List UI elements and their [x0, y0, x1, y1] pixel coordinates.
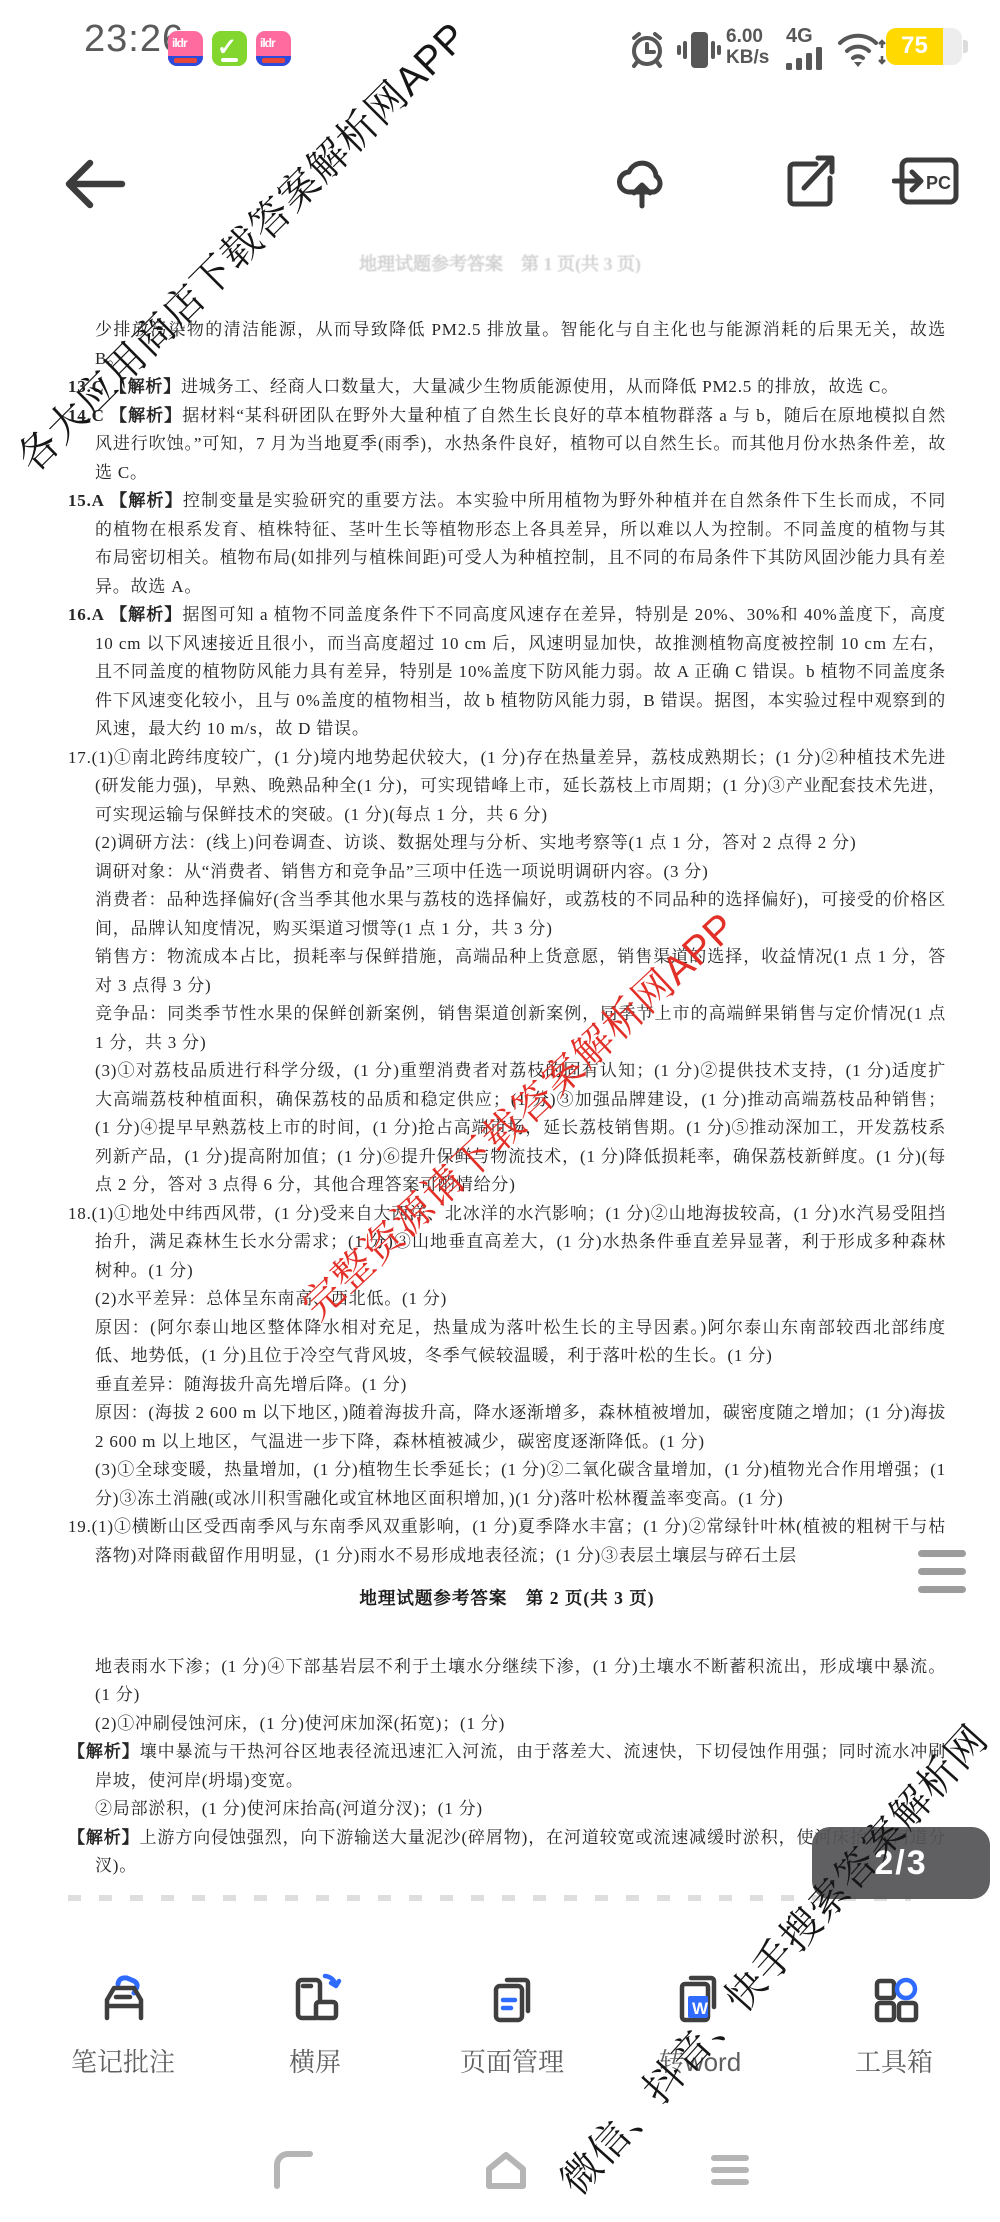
- share-button[interactable]: [780, 150, 838, 215]
- rotate-landscape-button[interactable]: 横屏: [235, 1970, 395, 2079]
- upload-button[interactable]: [612, 150, 672, 217]
- answer-paragraph: 调研对象：从“消费者、销售方和竞争品”三项中任选一项说明调研内容。(3 分): [95, 858, 946, 887]
- notes-annotate-button[interactable]: 笔记批注: [43, 1970, 203, 2079]
- answer-paragraph: 16.A 【解析】据图可知 a 植物不同盖度条件下不同高度风速存在差异，特别是 …: [68, 601, 946, 744]
- cloud-upload-icon: [612, 150, 672, 212]
- battery-percent: 75: [886, 32, 943, 60]
- answer-paragraph: 竞争品：同类季节性水果的保鲜创新案例，销售渠道创新案例，同季节上市的高端鲜果销售…: [95, 1000, 946, 1057]
- nav-home-button[interactable]: [478, 2142, 534, 2203]
- notification-check-icon: ✓: [212, 31, 247, 66]
- answer-paragraph: 少排放污染物的清洁能源，从而导致降低 PM2.5 排放量。智能化与自主化也与能源…: [95, 316, 946, 373]
- toolbar-label: 转word: [659, 2042, 741, 2079]
- page-manage-icon: [483, 1970, 541, 2028]
- answer-paragraph: (2)水平差异：总体呈东南高、西北低。(1 分): [95, 1285, 946, 1314]
- cutoff-text-line: [68, 1895, 911, 1901]
- page-number-badge: 2/3: [812, 1827, 990, 1899]
- wifi-icon: [836, 30, 888, 75]
- network-speed: 6.00 KB/s: [726, 26, 769, 68]
- answer-paragraph: 原因：(海拔 2 600 m 以下地区，)随着海拔升高，降水逐渐增多，森林植被增…: [95, 1399, 946, 1456]
- toolbox-icon: [865, 1970, 923, 2028]
- answer-paragraph: 17.(1)①南北跨纬度较广，(1 分)境内地势起伏较大，(1 分)存在热量差异…: [68, 744, 946, 830]
- toolbox-button[interactable]: 工具箱: [814, 1970, 974, 2079]
- back-button[interactable]: [58, 148, 130, 225]
- answer-paragraph: (2)①冲刷侵蚀河床，(1 分)使河床加深(拓宽)；(1 分): [95, 1710, 946, 1739]
- notification-app-icon: ildr: [168, 31, 203, 66]
- page-1-footer-faint: 地理试题参考答案 第 1 页(共 3 页): [0, 250, 1000, 276]
- page-manage-button[interactable]: 页面管理: [432, 1970, 592, 2079]
- toolbar-label: 笔记批注: [71, 2042, 175, 2079]
- app-screen: 23:26 ildr ✓ ildr: [0, 0, 1000, 2222]
- send-to-pc-button[interactable]: PC: [892, 152, 962, 215]
- to-pc-icon: PC: [892, 152, 962, 210]
- answer-paragraph: ②局部淤积，(1 分)使河床抬高(河道分汊)；(1 分): [95, 1795, 946, 1824]
- svg-text:PC: PC: [926, 173, 951, 193]
- answer-paragraph: 13.C 【解析】进城务工、经商人口数量大，大量减少生物质能源使用，从而降低 P…: [68, 373, 946, 402]
- to-word-icon: W: [671, 1970, 729, 2028]
- to-word-button[interactable]: W 转word: [620, 1970, 780, 2079]
- nav-menu-button[interactable]: [702, 2142, 758, 2203]
- notification-app-icon: ildr: [256, 31, 291, 66]
- bottom-toolbar: 笔记批注 横屏 页面管理 W: [0, 1958, 1000, 2108]
- toolbar-label: 工具箱: [855, 2042, 933, 2079]
- system-nav-bar: [0, 2128, 1000, 2222]
- answer-paragraph: 原因：(阿尔泰山地区整体降水相对充足，热量成为落叶松生长的主导因素。)阿尔泰山东…: [95, 1314, 946, 1371]
- answer-paragraph: 垂直差异：随海拔升高先增后降。(1 分): [95, 1371, 946, 1400]
- back-arrow-icon: [58, 148, 130, 220]
- answer-paragraph: 19.(1)①横断山区受西南季风与东南季风双重影响，(1 分)夏季降水丰富；(1…: [68, 1513, 946, 1570]
- nav-menu-icon: [702, 2142, 758, 2198]
- answer-paragraph: 14.C 【解析】据材料“某科研团队在野外大量种植了自然生长良好的草本植物群落 …: [68, 402, 946, 488]
- answer-paragraph: 15.A 【解析】控制变量是实验研究的重要方法。本实验中所用植物为野外种植并在自…: [68, 487, 946, 601]
- document-content: 少排放污染物的清洁能源，从而导致降低 PM2.5 排放量。智能化与自主化也与能源…: [68, 316, 946, 1901]
- top-toolbar: PC: [0, 130, 1000, 240]
- rotate-landscape-icon: [286, 1970, 344, 2028]
- answer-paragraph: 销售方：物流成本占比，损耗率与保鲜措施，高端品种上货意愿，销售渠道的选择，收益情…: [95, 943, 946, 1000]
- vibrate-icon: [676, 28, 722, 77]
- battery-indicator: 75: [886, 28, 962, 65]
- nav-back-icon: [264, 2142, 320, 2198]
- status-bar: 23:26 ildr ✓ ildr: [0, 0, 1000, 78]
- signal-bars-icon: [786, 46, 830, 70]
- answer-paragraph: 18.(1)①地处中纬西风带，(1 分)受来自大西洋、北冰洋的水汽影响；(1 分…: [68, 1200, 946, 1286]
- nav-back-button[interactable]: [264, 2142, 320, 2203]
- toolbar-label: 横屏: [289, 2042, 341, 2079]
- note-annotate-icon: [94, 1970, 152, 2028]
- toolbar-label: 页面管理: [460, 2042, 564, 2079]
- answer-paragraph: 消费者：品种选择偏好(含当季其他水果与荔枝的选择偏好，或荔枝的不同品种的选择偏好…: [95, 886, 946, 943]
- answer-paragraph: (3)①全球变暖，热量增加，(1 分)植物生长季延长；(1 分)②二氧化碳含量增…: [95, 1456, 946, 1513]
- nav-home-icon: [478, 2142, 534, 2198]
- answer-paragraph: 【解析】壤中暴流与干热河谷区地表径流迅速汇入河流，由于落差大、流速快，下切侵蚀作…: [68, 1738, 946, 1795]
- answer-paragraph: (3)①对荔枝品质进行科学分级，(1 分)重塑消费者对荔枝的固有认知；(1 分)…: [95, 1057, 946, 1200]
- svg-text:W: W: [692, 1999, 709, 2018]
- answer-paragraph: 地表雨水下渗；(1 分)④下部基岩层不利于土壤水分继续下渗，(1 分)土壤水不断…: [95, 1653, 946, 1710]
- scroll-handle[interactable]: [918, 1550, 966, 1604]
- alarm-icon: [626, 28, 668, 75]
- answer-paragraph: (2)调研方法：(线上)问卷调查、访谈、数据处理与分析、实地考察等(1 点 1 …: [95, 829, 946, 858]
- page-2-footer: 地理试题参考答案 第 2 页(共 3 页): [68, 1584, 946, 1613]
- network-type-label: 4G: [786, 25, 813, 48]
- share-export-icon: [780, 150, 838, 210]
